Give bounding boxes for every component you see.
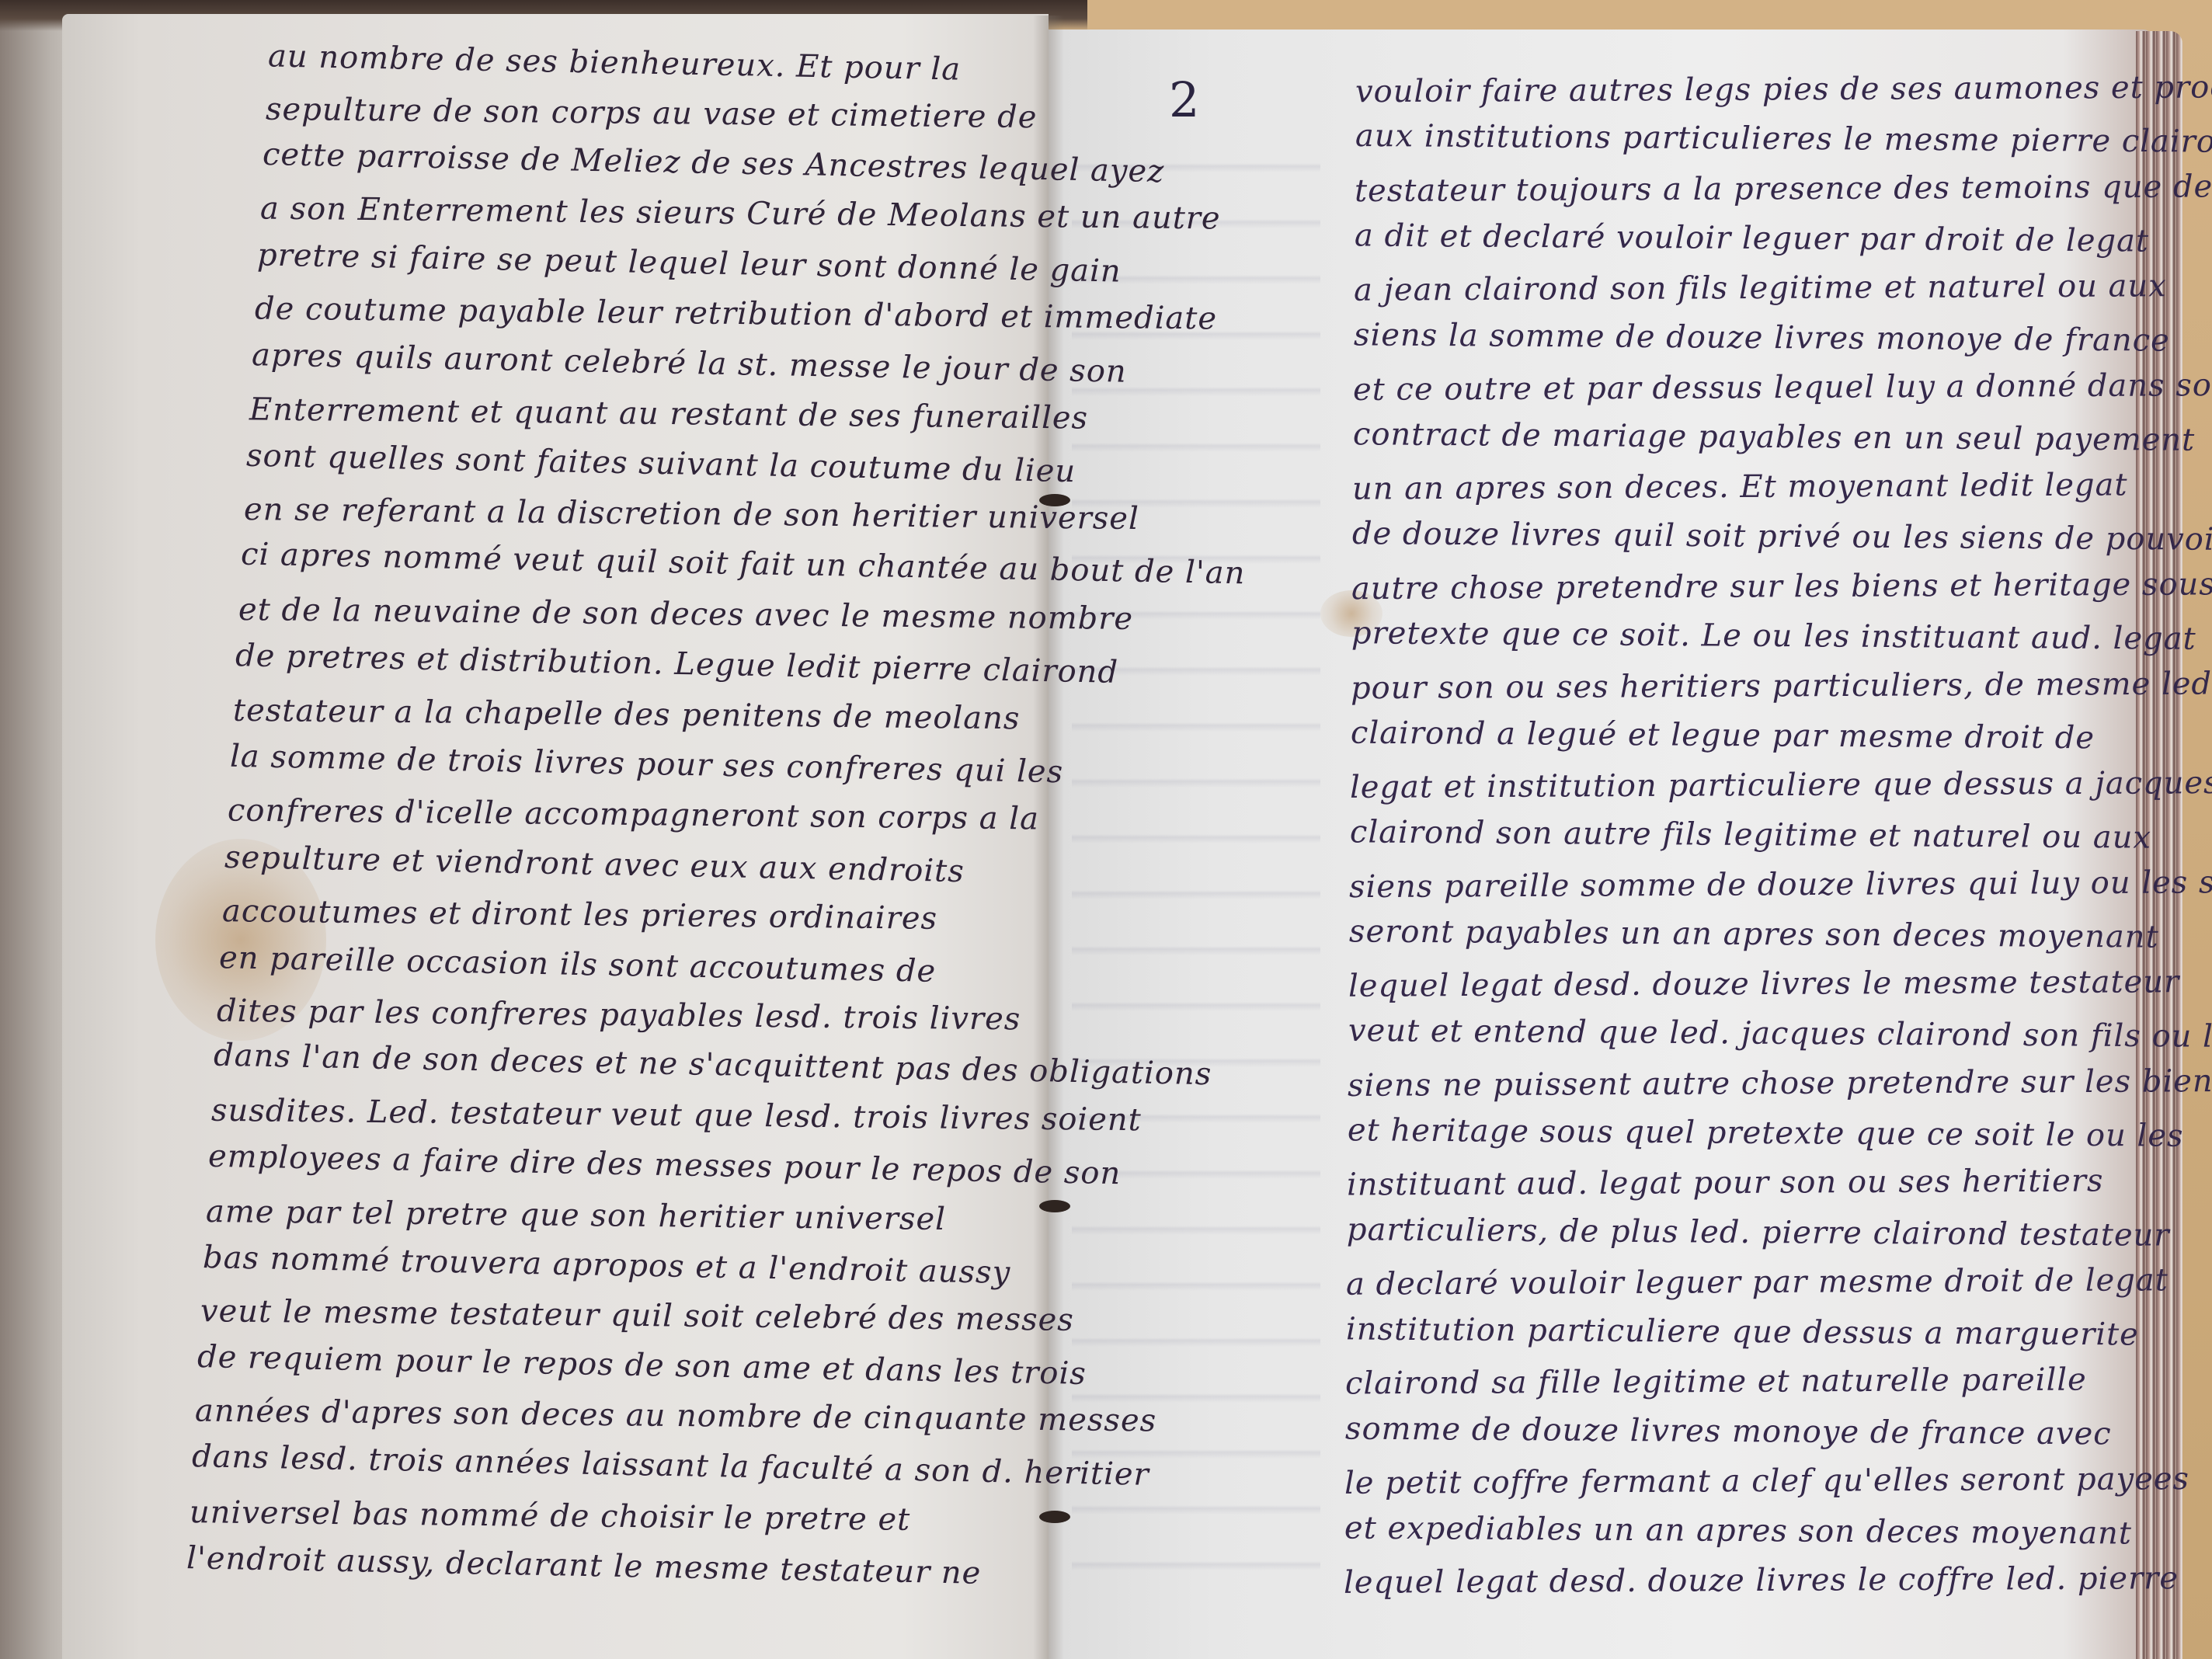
manuscript-line: clairond a legué et legue par mesme droi… <box>1350 715 2094 756</box>
manuscript-line: pretexte que ce soit. Le ou les institua… <box>1351 615 2196 657</box>
manuscript-line: vouloir faire autres legs pies de ses au… <box>1355 69 2212 110</box>
manuscript-line: contract de mariage payables en un seul … <box>1352 416 2195 458</box>
manuscript-line: un an apres son deces. Et moyenant ledit… <box>1352 467 2128 506</box>
manuscript-line: et heritage sous quel pretexte que ce so… <box>1347 1112 2183 1154</box>
manuscript-line: instituant aud. legat pour son ou ses he… <box>1347 1163 2104 1202</box>
manuscript-line: clairond son autre fils legitime et natu… <box>1349 814 2151 855</box>
manuscript-line: siens la somme de douze livres monoye de… <box>1353 317 2169 358</box>
manuscript-line: siens pareille somme de douze livres qui… <box>1349 864 2212 905</box>
binding-stitch <box>1039 1200 1070 1212</box>
manuscript-line: le petit coffre fermant a clef qu'elles … <box>1344 1461 2189 1501</box>
manuscript-line: somme de douze livres monoye de france a… <box>1344 1411 2111 1452</box>
manuscript-line: de douze livres quil soit privé ou les s… <box>1351 516 2212 558</box>
manuscript-line: aux institutions particulieres le mesme … <box>1355 118 2212 160</box>
manuscript-line: a declaré vouloir leguer par mesme droit… <box>1346 1262 2169 1303</box>
manuscript-line: veut et entend que led. jacques clairond… <box>1348 1013 2212 1055</box>
manuscript-line: ame par tel pretre que son heritier univ… <box>205 1194 945 1237</box>
manuscript-line: seront payables un an apres son deces mo… <box>1348 913 2158 955</box>
manuscript-line: institution particuliere que dessus a ma… <box>1345 1311 2138 1352</box>
binding-stitch <box>1039 1511 1070 1523</box>
manuscript-line: sepulture de son corps au vase et cimeti… <box>265 91 1037 134</box>
manuscript-line: particuliers, de plus led. pierre clairo… <box>1346 1212 2169 1253</box>
ink-bleed-through <box>1072 117 1320 1592</box>
manuscript-line: testateur toujours a la presence des tem… <box>1355 169 2212 209</box>
manuscript-line: a jean clairond son fils legitime et nat… <box>1354 268 2167 308</box>
manuscript-line: universel bas nommé de choisir le pretre… <box>189 1494 910 1538</box>
page-number: 2 <box>1169 71 1199 128</box>
manuscript-line: lequel legat desd. douze livres le coffr… <box>1344 1560 2179 1601</box>
manuscript-line: lequel legat desd. douze livres le mesme… <box>1348 964 2179 1004</box>
manuscript-line: legat et institution particuliere que de… <box>1350 765 2212 805</box>
manuscript-line: accoutumes et diront les prieres ordinai… <box>221 893 937 937</box>
manuscript-line: siens ne puissent autre chose pretendre … <box>1348 1063 2212 1104</box>
manuscript-line: clairond sa fille legitime et naturelle … <box>1345 1362 2087 1402</box>
manuscript-line: pour son ou ses heritiers particuliers, … <box>1351 666 2212 707</box>
manuscript-line: a dit et declaré vouloir leguer par droi… <box>1354 217 2148 259</box>
manuscript-line: autre chose pretendre sur les biens et h… <box>1351 566 2212 607</box>
manuscript-line: et expediables un an apres son deces moy… <box>1344 1510 2131 1551</box>
manuscript-line: et ce outre et par dessus lequel luy a d… <box>1353 367 2212 408</box>
